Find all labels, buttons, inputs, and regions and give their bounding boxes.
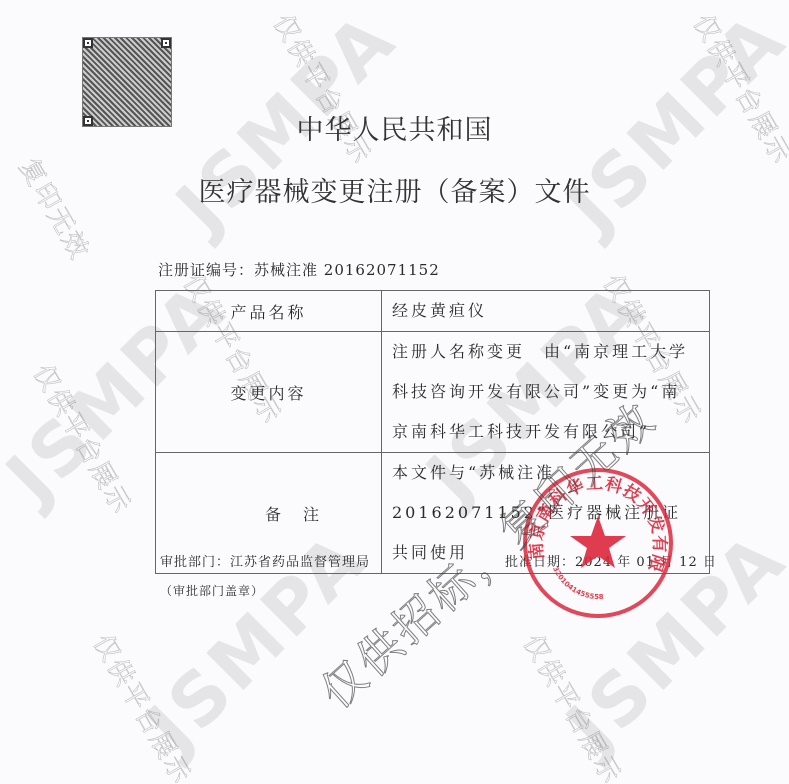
row-value: 经皮黄疸仪	[382, 291, 710, 332]
approval-department: 审批部门：江苏省药品监督管理局	[160, 551, 370, 570]
row-label: 产品名称	[156, 291, 382, 332]
watermark-outline: 仅供平台展示	[86, 626, 202, 784]
table-row: 产品名称 经皮黄疸仪	[156, 291, 710, 332]
svg-text:3201041455558: 3201041455558	[551, 565, 604, 601]
approval-department-value: 江苏省药品监督管理局	[230, 555, 370, 570]
registration-number: 注册证编号：苏械注准 20162071152	[158, 259, 440, 280]
approval-department-label: 审批部门：	[160, 555, 230, 570]
qr-finder	[83, 38, 93, 48]
document-title: 医疗器械变更注册（备案）文件	[0, 170, 789, 209]
document-page: JSMPA JSMPA JSMPA JSMPA JSMPA JSMPA 仅供平台…	[0, 0, 789, 784]
qr-finder	[161, 38, 171, 48]
document-title-country: 中华人民共和国	[0, 108, 789, 147]
row-label: 变更内容	[156, 332, 382, 453]
watermark-outline: 仅供平台展示	[516, 626, 632, 784]
registration-number-value: 苏械注准 20162071152	[254, 261, 440, 279]
registration-number-label: 注册证编号：	[158, 261, 254, 279]
star-icon	[570, 516, 626, 568]
watermark-outline: 仅供平台展示	[26, 356, 142, 520]
approval-seal-note: （审批部门盖章）	[160, 582, 264, 599]
